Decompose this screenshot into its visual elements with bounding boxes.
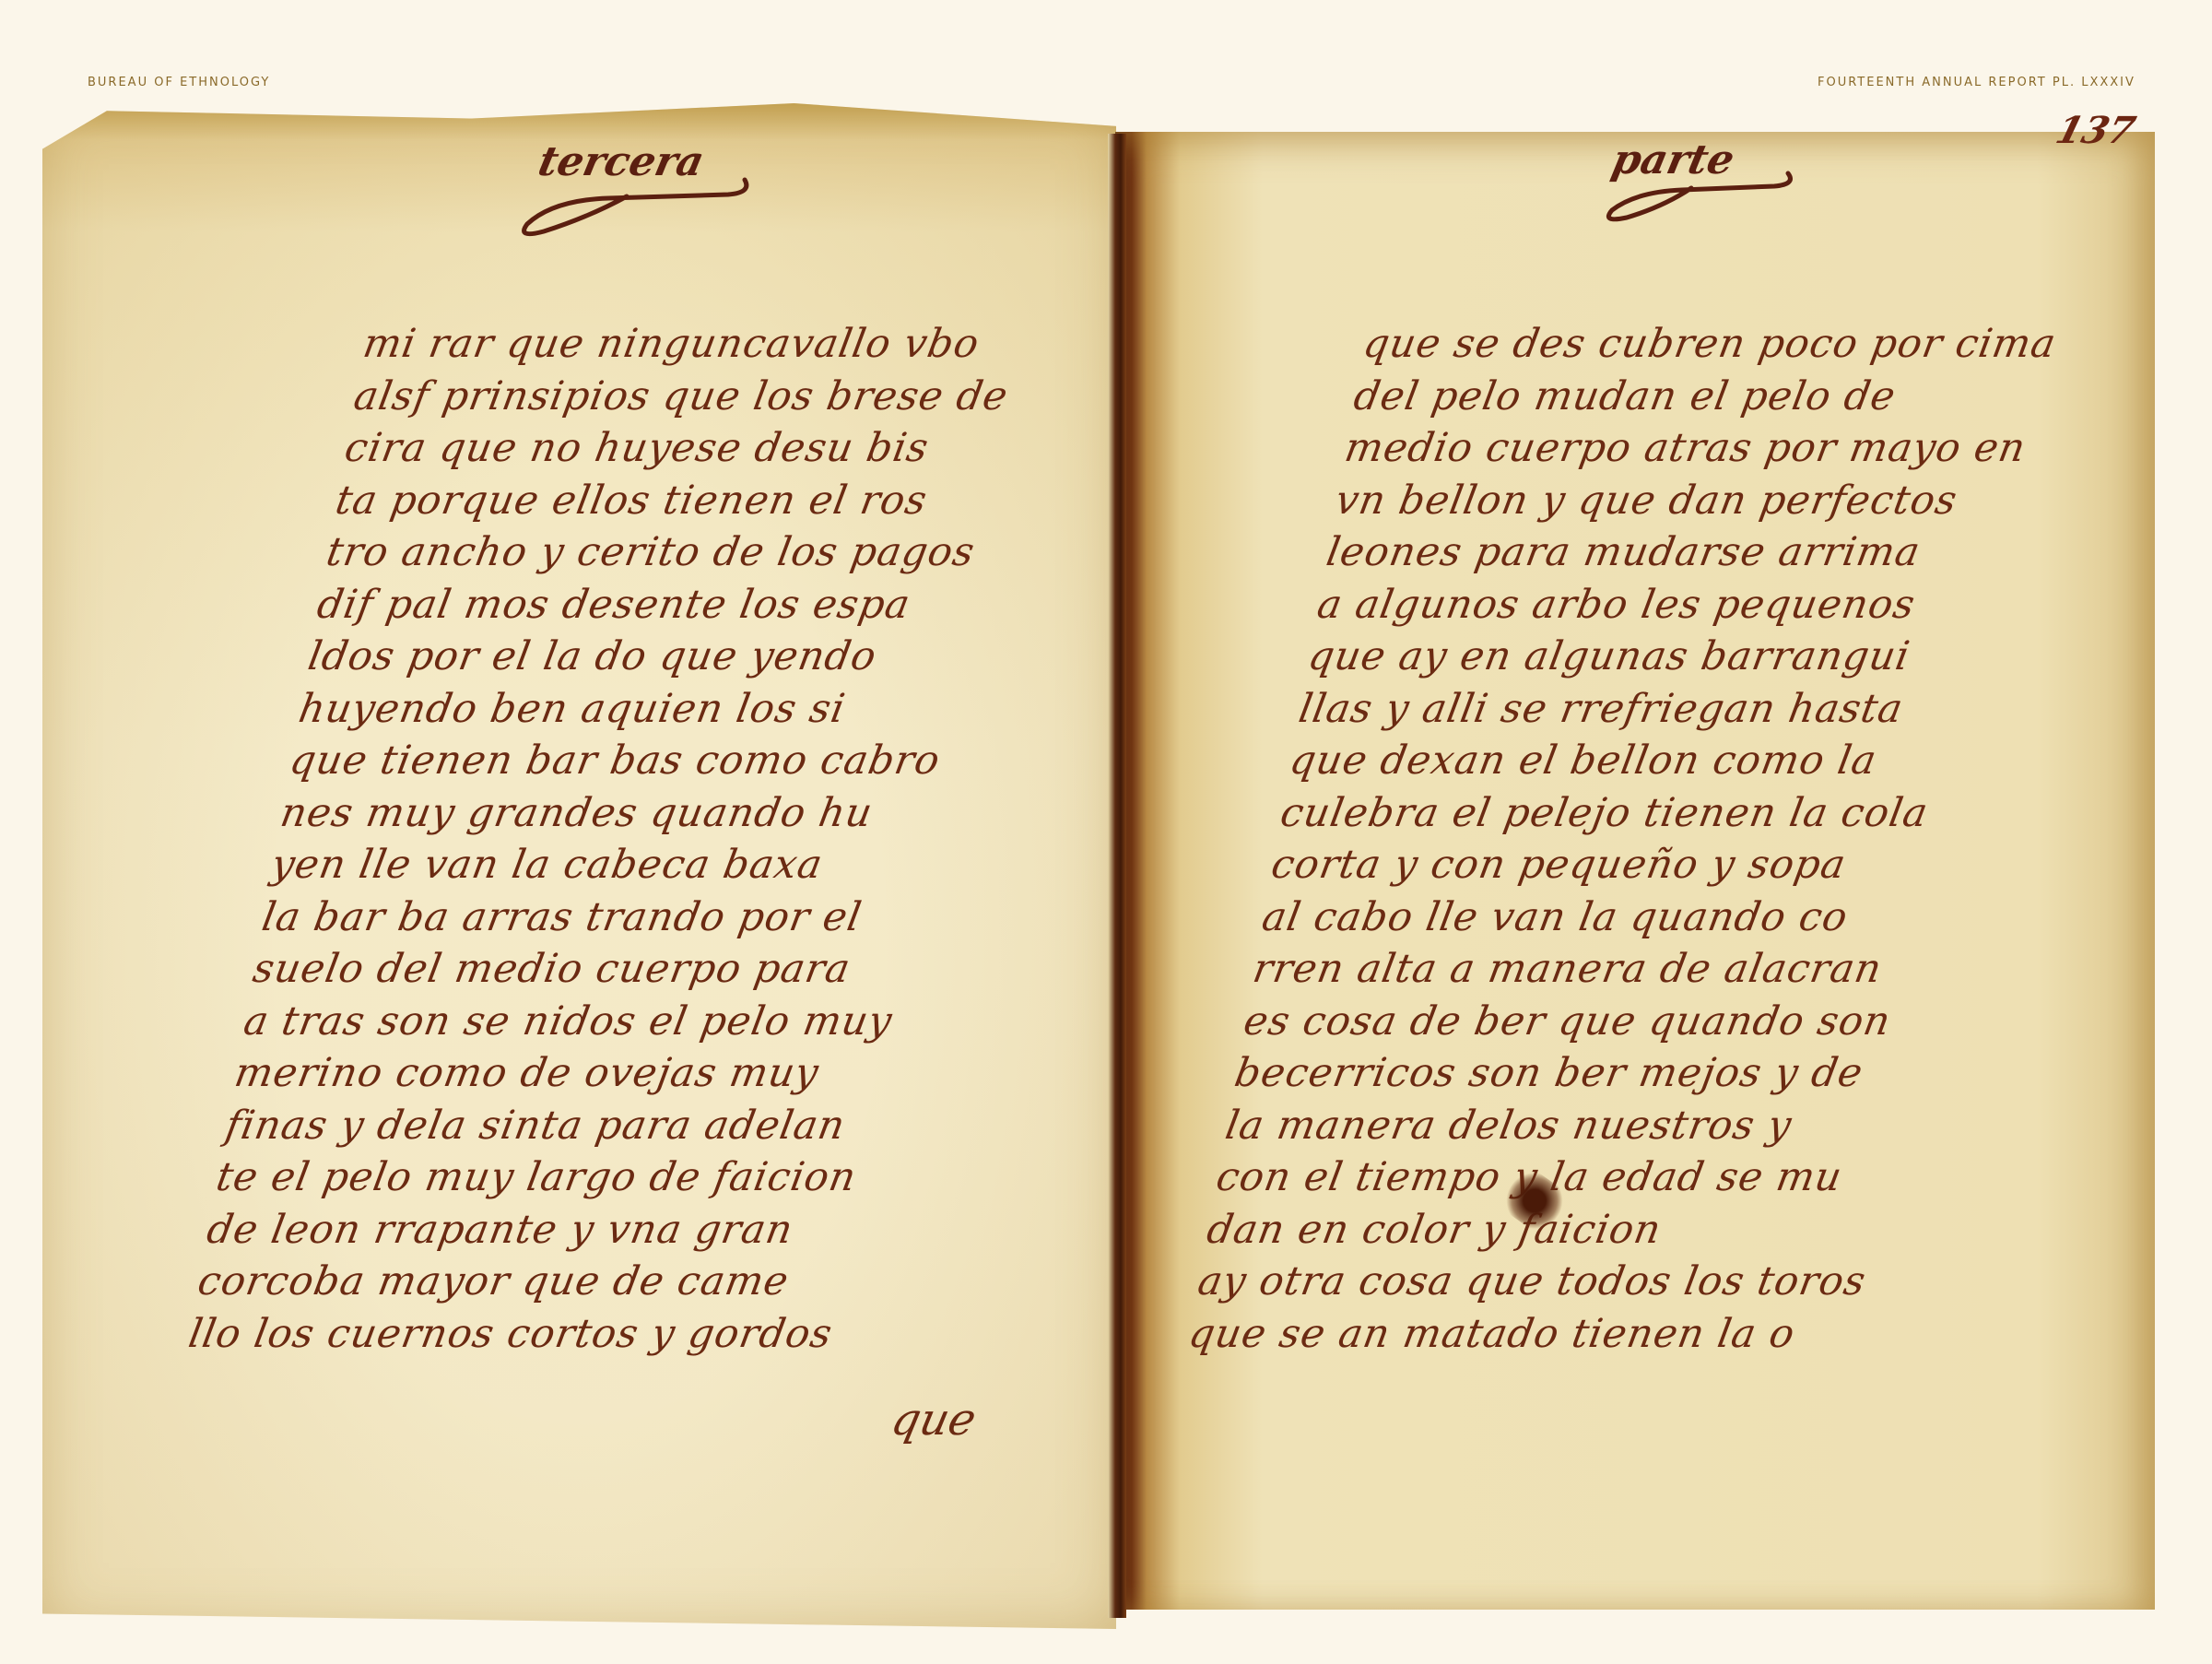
book-gutter <box>1108 134 1126 1618</box>
manuscript-line: alsf prinsipios que los brese de <box>350 371 1013 423</box>
manuscript-line: que tienen bar bas como cabro <box>286 735 948 787</box>
manuscript-line: finas y dela sinta para adelan <box>221 1100 884 1152</box>
manuscript-line: la bar ba arras trando por el <box>258 891 921 944</box>
manuscript-line: leones para mudarse arrima <box>1323 526 2024 579</box>
manuscript-line: mi rar que ninguncavallo vbo <box>359 318 1022 371</box>
manuscript-line: a algunos arbo les pequenos <box>1313 579 2015 631</box>
manuscript-line: ay otra cosa que todos los toros <box>1194 1256 1895 1308</box>
manuscript-line: del pelo mudan el pelo de <box>1350 371 2052 423</box>
manuscript-line: huyendo ben aquien los si <box>295 683 958 736</box>
manuscript-line: merino como de ovejas muy <box>230 1047 893 1100</box>
manuscript-line: a tras son se nidos el pelo muy <box>240 996 902 1048</box>
manuscript-line: que se an matado tienen la o <box>1184 1308 1886 1361</box>
manuscript-line: nes muy grandes quando hu <box>276 787 939 840</box>
manuscript-line: corcoba mayor que de came <box>194 1256 856 1308</box>
manuscript-line: dif pal mos desente los espa <box>313 579 976 631</box>
running-head-left: BUREAU OF ETHNOLOGY <box>88 76 270 89</box>
manuscript-line: ldos por el la do que yendo <box>304 631 967 683</box>
manuscript-line: que se des cubren poco por cima <box>1359 318 2061 371</box>
manuscript-line: suelo del medio cuerpo para <box>249 943 912 996</box>
manuscript-line: vn bellon y que dan perfectos <box>1332 475 2033 527</box>
heading-flourish-right-icon <box>1599 166 1802 230</box>
manuscript-line: de leon rrapante y vna gran <box>203 1204 865 1257</box>
running-head-right: FOURTEENTH ANNUAL REPORT PL. LXXXIV <box>1818 76 2136 89</box>
manuscript-line: que dexan el bellon como la <box>1286 735 1987 787</box>
manuscript-line: becerricos son ber mejos y de <box>1230 1047 1932 1100</box>
manuscript-line: culebra el pelejo tienen la cola <box>1277 787 1978 840</box>
manuscript-line: cira que no huyese desu bis <box>341 422 1004 475</box>
manuscript-line: es cosa de ber que quando son <box>1240 996 1941 1048</box>
manuscript-line: te el pelo muy largo de faicion <box>212 1151 875 1204</box>
folio-number: 137 <box>2052 109 2140 152</box>
catchword: que <box>887 1394 981 1446</box>
manuscript-line: tro ancho y cerito de los pagos <box>323 526 985 579</box>
manuscript-line: yen lle van la cabeca baxa <box>267 839 930 891</box>
manuscript-line: corta y con pequeño y sopa <box>1267 839 1969 891</box>
manuscript-line: que ay en algunas barrangui <box>1304 631 2006 683</box>
manuscript-line: al cabo lle van la quando co <box>1258 891 1959 944</box>
heading-flourish-left-icon <box>516 171 756 244</box>
manuscript-line: ta porque ellos tienen el ros <box>332 475 994 527</box>
manuscript-line: rren alta a manera de alacran <box>1249 943 1950 996</box>
manuscript-line: llo los cuernos cortos y gordos <box>184 1308 847 1361</box>
manuscript-line: la manera delos nuestros y <box>1221 1100 1923 1152</box>
manuscript-line: medio cuerpo atras por mayo en <box>1341 422 2042 475</box>
manuscript-line: llas y alli se rrefriegan hasta <box>1295 683 1996 736</box>
